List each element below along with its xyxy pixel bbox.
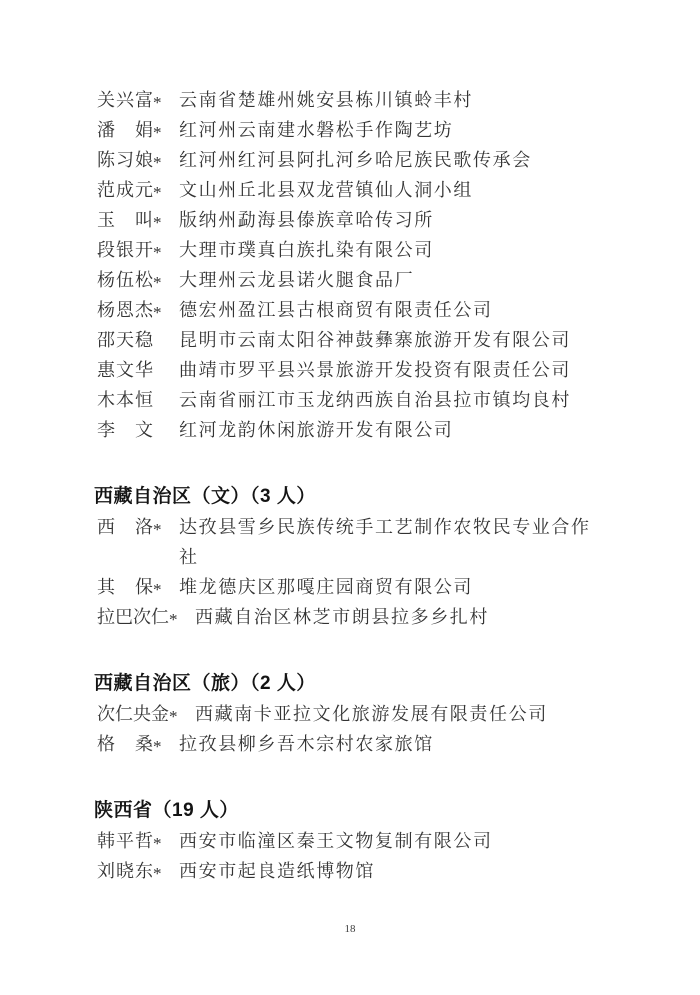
organization-line: 西藏自治区林芝市朗县拉多乡扎村 [195, 602, 489, 632]
organization-line: 大理州云龙县诺火腿食品厂 [179, 265, 414, 295]
entry-row: 杨恩杰 * 德宏州盈江县古根商贸有限责任公司 [0, 295, 700, 325]
entry-row: 邵天稳 昆明市云南太阳谷神鼓彝寨旅游开发有限公司 [0, 325, 700, 355]
name-character: 关 [97, 85, 115, 115]
name-character: 刘 [97, 856, 115, 886]
name-character: 杨 [97, 295, 115, 325]
entry-organization: 昆明市云南太阳谷神鼓彝寨旅游开发有限公司 [179, 325, 571, 355]
name-character: 央 [133, 699, 151, 729]
organization-line: 西安市起良造纸博物馆 [179, 856, 375, 886]
name-character: 西 [97, 512, 115, 542]
name-character: 恩 [116, 295, 134, 325]
name-character: 本 [116, 385, 134, 415]
entry-row: 西洛 * 达孜县雪乡民族传统手工艺制作农牧民专业合作社 [0, 512, 700, 572]
organization-line: 红河州红河县阿扎河乡哈尼族民歌传承会 [179, 145, 532, 175]
entry-asterisk: * [153, 148, 165, 178]
name-character: 兴 [116, 85, 134, 115]
name-character: 天 [116, 325, 134, 355]
organization-line: 西藏南卡亚拉文化旅游发展有限责任公司 [195, 699, 548, 729]
entry-name: 西洛 [97, 512, 153, 542]
name-character: 玉 [97, 205, 115, 235]
organization-line: 文山州丘北县双龙营镇仙人洞小组 [179, 175, 473, 205]
name-character: 拉 [97, 602, 115, 632]
name-character: 次 [97, 699, 115, 729]
entry-organization: 文山州丘北县双龙营镇仙人洞小组 [179, 175, 473, 205]
organization-line: 大理市璞真白族扎染有限公司 [179, 235, 434, 265]
name-character: 富 [135, 85, 153, 115]
section-rows: 韩平哲 * 西安市临潼区秦王文物复制有限公司 刘晓东 * 西安市起良造纸博物馆 [0, 826, 700, 886]
name-character: 杰 [135, 295, 153, 325]
entry-row: 玉叫 * 版纳州勐海县傣族章哈传习所 [0, 205, 700, 235]
organization-line: 红河龙韵休闲旅游开发有限公司 [179, 415, 453, 445]
name-character: 巴 [115, 602, 133, 632]
entry-asterisk: * [153, 118, 165, 148]
section-rows: 关兴富 * 云南省楚雄州姚安县栋川镇蛉丰村 潘娟 * 红河州云南建水磐松手作陶艺… [0, 85, 700, 445]
name-character: 文 [116, 355, 134, 385]
entry-row: 段银开 * 大理市璞真白族扎染有限公司 [0, 235, 700, 265]
entry-asterisk: * [153, 859, 165, 889]
entry-name: 次仁央金 [97, 699, 169, 729]
entry-asterisk: * [153, 208, 165, 238]
name-character: 保 [135, 572, 153, 602]
section-rows: 西洛 * 达孜县雪乡民族传统手工艺制作农牧民专业合作社 其保 * 堆龙德庆区那嘎… [0, 512, 700, 632]
entry-row: 陈习娘 * 红河州红河县阿扎河乡哈尼族民歌传承会 [0, 145, 700, 175]
name-character: 李 [97, 415, 115, 445]
organization-continuation-line: 社 [179, 542, 591, 572]
section-rows: 次仁央金 * 西藏南卡亚拉文化旅游发展有限责任公司 格桑 * 拉孜县柳乡吾木宗村… [0, 699, 700, 759]
entry-name: 陈习娘 [97, 145, 153, 175]
entry-name: 玉叫 [97, 205, 153, 235]
entry-name: 段银开 [97, 235, 153, 265]
entry-name: 杨伍松 [97, 265, 153, 295]
document-page: 关兴富 * 云南省楚雄州姚安县栋川镇蛉丰村 潘娟 * 红河州云南建水磐松手作陶艺… [0, 0, 700, 995]
name-character: 哲 [135, 826, 153, 856]
name-character: 韩 [97, 826, 115, 856]
entry-organization: 西藏南卡亚拉文化旅游发展有限责任公司 [195, 699, 548, 729]
name-character: 成 [116, 175, 134, 205]
organization-line: 拉孜县柳乡吾木宗村农家旅馆 [179, 729, 434, 759]
name-character: 恒 [135, 385, 153, 415]
name-character: 杨 [97, 265, 115, 295]
document-body: 关兴富 * 云南省楚雄州姚安县栋川镇蛉丰村 潘娟 * 红河州云南建水磐松手作陶艺… [0, 0, 700, 886]
name-character: 稳 [135, 325, 153, 355]
entry-row: 刘晓东 * 西安市起良造纸博物馆 [0, 856, 700, 886]
name-character: 邵 [97, 325, 115, 355]
name-character: 潘 [97, 115, 115, 145]
entry-name: 邵天稳 [97, 325, 153, 355]
entry-organization: 红河龙韵休闲旅游开发有限公司 [179, 415, 453, 445]
name-character: 段 [97, 235, 115, 265]
entry-organization: 西安市临潼区秦王文物复制有限公司 [179, 826, 493, 856]
entry-asterisk: * [153, 178, 165, 208]
entry-row: 潘娟 * 红河州云南建水磐松手作陶艺坊 [0, 115, 700, 145]
name-character: 范 [97, 175, 115, 205]
organization-line: 版纳州勐海县傣族章哈传习所 [179, 205, 434, 235]
entry-row: 韩平哲 * 西安市临潼区秦王文物复制有限公司 [0, 826, 700, 856]
entry-asterisk: * [169, 702, 181, 732]
entry-organization: 大理州云龙县诺火腿食品厂 [179, 265, 414, 295]
entry-organization: 曲靖市罗平县兴景旅游开发投资有限责任公司 [179, 355, 571, 385]
organization-line: 昆明市云南太阳谷神鼓彝寨旅游开发有限公司 [179, 325, 571, 355]
entry-name: 杨恩杰 [97, 295, 153, 325]
section-header: 陕西省（19 人） [0, 796, 700, 826]
entry-row: 木本恒 云南省丽江市玉龙纳西族自治县拉市镇均良村 [0, 385, 700, 415]
name-character: 元 [135, 175, 153, 205]
entry-name: 其保 [97, 572, 153, 602]
entry-asterisk: * [153, 298, 165, 328]
name-character: 洛 [135, 512, 153, 542]
name-character: 娟 [135, 115, 153, 145]
name-character: 金 [151, 699, 169, 729]
entry-row: 惠文华 曲靖市罗平县兴景旅游开发投资有限责任公司 [0, 355, 700, 385]
entry-row: 格桑 * 拉孜县柳乡吾木宗村农家旅馆 [0, 729, 700, 759]
organization-line: 云南省丽江市玉龙纳西族自治县拉市镇均良村 [179, 385, 571, 415]
name-list-section: 西藏自治区（旅）（2 人） 次仁央金 * 西藏南卡亚拉文化旅游发展有限责任公司 … [0, 669, 700, 759]
name-character: 银 [116, 235, 134, 265]
entry-name: 韩平哲 [97, 826, 153, 856]
entry-organization: 拉孜县柳乡吾木宗村农家旅馆 [179, 729, 434, 759]
organization-line: 达孜县雪乡民族传统手工艺制作农牧民专业合作 [179, 512, 591, 542]
entry-organization: 云南省丽江市玉龙纳西族自治县拉市镇均良村 [179, 385, 571, 415]
entry-organization: 红河州红河县阿扎河乡哈尼族民歌传承会 [179, 145, 532, 175]
entry-organization: 西安市起良造纸博物馆 [179, 856, 375, 886]
entry-organization: 西藏自治区林芝市朗县拉多乡扎村 [195, 602, 489, 632]
organization-line: 堆龙德庆区那嘎庄园商贸有限公司 [179, 572, 473, 602]
entry-asterisk: * [153, 732, 165, 762]
name-character: 华 [135, 355, 153, 385]
entry-row: 次仁央金 * 西藏南卡亚拉文化旅游发展有限责任公司 [0, 699, 700, 729]
entry-asterisk: * [169, 605, 181, 635]
organization-line: 云南省楚雄州姚安县栋川镇蛉丰村 [179, 85, 473, 115]
entry-organization: 德宏州盈江县古根商贸有限责任公司 [179, 295, 493, 325]
entry-name: 拉巴次仁 [97, 602, 169, 632]
name-character: 木 [97, 385, 115, 415]
name-character: 陈 [97, 145, 115, 175]
entry-asterisk: * [153, 88, 165, 118]
name-character: 次 [133, 602, 151, 632]
name-character: 娘 [135, 145, 153, 175]
name-character: 叫 [135, 205, 153, 235]
name-character: 习 [116, 145, 134, 175]
entry-row: 其保 * 堆龙德庆区那嘎庄园商贸有限公司 [0, 572, 700, 602]
organization-line: 德宏州盈江县古根商贸有限责任公司 [179, 295, 493, 325]
organization-line: 曲靖市罗平县兴景旅游开发投资有限责任公司 [179, 355, 571, 385]
entry-asterisk: * [153, 575, 165, 605]
name-character: 其 [97, 572, 115, 602]
page-number: 18 [0, 923, 700, 935]
name-character: 晓 [116, 856, 134, 886]
section-header: 西藏自治区（旅）（2 人） [0, 669, 700, 699]
organization-line: 西安市临潼区秦王文物复制有限公司 [179, 826, 493, 856]
name-character: 格 [97, 729, 115, 759]
entry-organization: 云南省楚雄州姚安县栋川镇蛉丰村 [179, 85, 473, 115]
entry-name: 关兴富 [97, 85, 153, 115]
organization-line: 红河州云南建水磐松手作陶艺坊 [179, 115, 453, 145]
entry-row: 关兴富 * 云南省楚雄州姚安县栋川镇蛉丰村 [0, 85, 700, 115]
name-list-section: 关兴富 * 云南省楚雄州姚安县栋川镇蛉丰村 潘娟 * 红河州云南建水磐松手作陶艺… [0, 85, 700, 445]
name-character: 仁 [115, 699, 133, 729]
entry-row: 拉巴次仁 * 西藏自治区林芝市朗县拉多乡扎村 [0, 602, 700, 632]
name-list-section: 西藏自治区（文）（3 人） 西洛 * 达孜县雪乡民族传统手工艺制作农牧民专业合作… [0, 482, 700, 632]
entry-name: 潘娟 [97, 115, 153, 145]
entry-organization: 版纳州勐海县傣族章哈传习所 [179, 205, 434, 235]
section-header: 西藏自治区（文）（3 人） [0, 482, 700, 512]
entry-row: 范成元 * 文山州丘北县双龙营镇仙人洞小组 [0, 175, 700, 205]
entry-asterisk: * [153, 238, 165, 268]
entry-name: 刘晓东 [97, 856, 153, 886]
name-character: 惠 [97, 355, 115, 385]
entry-asterisk: * [153, 268, 165, 298]
name-character: 文 [135, 415, 153, 445]
name-character: 桑 [135, 729, 153, 759]
entry-row: 杨伍松 * 大理州云龙县诺火腿食品厂 [0, 265, 700, 295]
name-character: 平 [116, 826, 134, 856]
entry-organization: 堆龙德庆区那嘎庄园商贸有限公司 [179, 572, 473, 602]
name-character: 仁 [151, 602, 169, 632]
entry-name: 木本恒 [97, 385, 153, 415]
name-list-section: 陕西省（19 人） 韩平哲 * 西安市临潼区秦王文物复制有限公司 刘晓东 * 西… [0, 796, 700, 886]
entry-asterisk: * [153, 515, 165, 545]
entry-name: 范成元 [97, 175, 153, 205]
entry-name: 格桑 [97, 729, 153, 759]
entry-name: 李文 [97, 415, 153, 445]
entry-row: 李文 红河龙韵休闲旅游开发有限公司 [0, 415, 700, 445]
name-character: 开 [135, 235, 153, 265]
entry-name: 惠文华 [97, 355, 153, 385]
name-character: 东 [135, 856, 153, 886]
entry-organization: 红河州云南建水磐松手作陶艺坊 [179, 115, 453, 145]
entry-organization: 大理市璞真白族扎染有限公司 [179, 235, 434, 265]
name-character: 松 [135, 265, 153, 295]
entry-asterisk: * [153, 829, 165, 859]
entry-organization: 达孜县雪乡民族传统手工艺制作农牧民专业合作社 [179, 512, 591, 572]
name-character: 伍 [116, 265, 134, 295]
